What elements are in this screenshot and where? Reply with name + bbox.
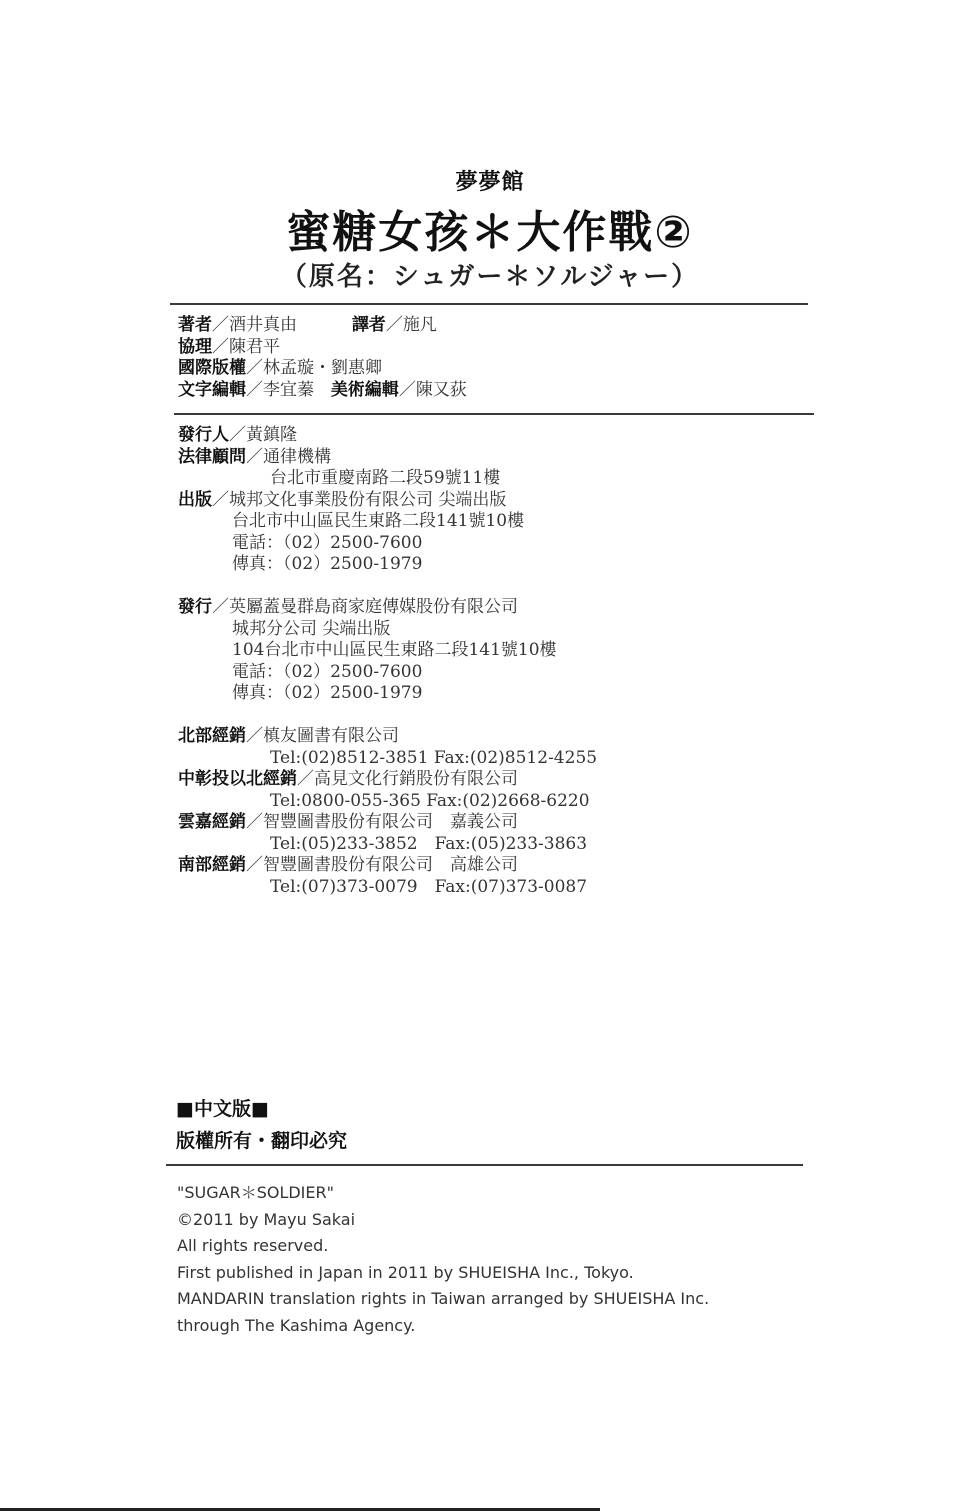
credit-line: MANDARIN translation rights in Taiwan ar… xyxy=(177,1286,709,1313)
translator-name: 施凡 xyxy=(403,315,437,335)
distributor-tel: 電話：（02）2500-7600 xyxy=(178,662,557,684)
legal-firm: 通律機構 xyxy=(263,447,331,467)
dist-north: 北部經銷／槙友圖書有限公司 xyxy=(178,726,597,748)
author-label: 著者 xyxy=(178,315,212,335)
dist-south: 南部經銷／智豐圖書股份有限公司 高雄公司 xyxy=(178,855,597,877)
editors-line: 文字編輯／李宜蓁 美術編輯／陳又荻 xyxy=(178,380,467,402)
credit-line: First published in Japan in 2011 by SHUE… xyxy=(177,1260,709,1287)
credit-line: through The Kashima Agency. xyxy=(177,1313,709,1340)
rule-middle xyxy=(174,413,814,415)
dist-chiayi: 雲嘉經銷／智豐圖書股份有限公司 嘉義公司 xyxy=(178,812,597,834)
distributor-address: 104台北市中山區民生東路二段141號10樓 xyxy=(178,640,557,662)
distributor-fax: 傳真：（02）2500-1979 xyxy=(178,683,557,705)
staff-block: 著者／酒井真由 譯者／施凡 協理／陳君平 國際版權／林孟璇・劉惠卿 文字編輯／李… xyxy=(178,315,467,401)
author-line: 著者／酒井真由 譯者／施凡 xyxy=(178,315,467,337)
copyright-notice: 版權所有・翻印必究 xyxy=(176,1125,347,1157)
distributor-block: 發行／英屬蓋曼群島商家庭傳媒股份有限公司 城邦分公司 尖端出版 104台北市中山… xyxy=(178,597,557,705)
art-editor-name: 陳又荻 xyxy=(416,380,467,400)
rights-names: 林孟璇・劉惠卿 xyxy=(263,358,382,378)
credit-line: ©2011 by Mayu Sakai xyxy=(177,1207,709,1234)
distributor-name: 英屬蓋曼群島商家庭傳媒股份有限公司 xyxy=(229,597,518,617)
publisher-name: 城邦文化事業股份有限公司 尖端出版 xyxy=(229,490,506,510)
text-editor-name: 李宜蓁 xyxy=(263,380,314,400)
coordinator-line: 協理／陳君平 xyxy=(178,337,467,359)
english-credits: "SUGAR＊SOLDIER" ©2011 by Mayu Sakai All … xyxy=(177,1180,709,1339)
legal-address: 台北市重慶南路二段59號11樓 xyxy=(178,468,524,490)
edition-block: ■中文版■ 版權所有・翻印必究 xyxy=(176,1093,347,1157)
dist-central-contact: Tel:0800-055-365 Fax:(02)2668-6220 xyxy=(178,791,597,813)
publisher-fax: 傳真：（02）2500-1979 xyxy=(178,554,524,576)
credit-line: "SUGAR＊SOLDIER" xyxy=(177,1180,709,1207)
coordinator-name: 陳君平 xyxy=(229,337,280,357)
imprint-name: 夢夢館 xyxy=(0,165,980,196)
publisher-address: 台北市中山區民生東路二段141號10樓 xyxy=(178,511,524,533)
dist-north-contact: Tel:(02)8512-3851 Fax:(02)8512-4255 xyxy=(178,748,597,770)
dist-central: 中彰投以北經銷／高見文化行銷股份有限公司 xyxy=(178,769,597,791)
book-title: 蜜糖女孩＊大作戰② xyxy=(0,196,980,260)
rule-top xyxy=(170,303,808,305)
rights-line: 國際版權／林孟璇・劉惠卿 xyxy=(178,358,467,380)
edition-label: ■中文版■ xyxy=(176,1093,347,1125)
credit-line: All rights reserved. xyxy=(177,1233,709,1260)
dist-chiayi-contact: Tel:(05)233-3852 Fax:(05)233-3863 xyxy=(178,834,597,856)
regional-distribution: 北部經銷／槙友圖書有限公司 Tel:(02)8512-3851 Fax:(02)… xyxy=(178,726,597,898)
translator-label: 譯者 xyxy=(352,315,386,335)
original-title: （原名：シュガー＊ソルジャー） xyxy=(0,256,980,293)
dist-south-contact: Tel:(07)373-0079 Fax:(07)373-0087 xyxy=(178,877,597,899)
publisher-tel: 電話：（02）2500-7600 xyxy=(178,533,524,555)
publishing-block: 發行人／黃鎮隆 法律顧問／通律機構 台北市重慶南路二段59號11樓 出版／城邦文… xyxy=(178,425,524,576)
rule-bottom xyxy=(166,1164,803,1166)
author-name: 酒井真由 xyxy=(229,315,297,335)
issuer-name: 黃鎮隆 xyxy=(246,425,297,445)
distributor-branch: 城邦分公司 尖端出版 xyxy=(178,619,557,641)
